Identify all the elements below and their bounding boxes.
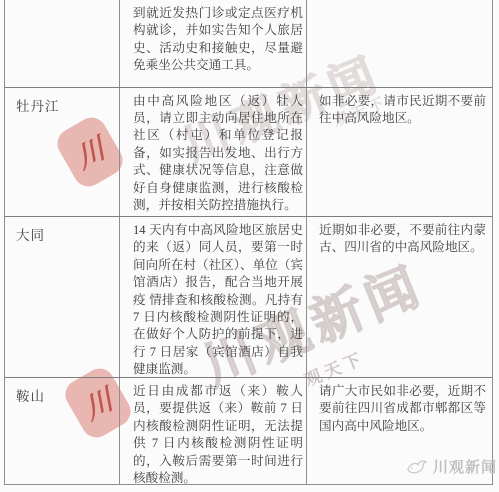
measures-cell: 由中高风险地区（返）牡人员，请立即主动向居住地所在社区（村屯）和单位登记报备，如… bbox=[120, 88, 307, 216]
advice-cell bbox=[307, 0, 492, 87]
city-cell: 牡丹江 bbox=[5, 88, 120, 216]
footer-brand-label: 川观新闻 bbox=[433, 456, 497, 477]
measures-cell: 14 天内有中高风险地区旅居史的来（返）同人员，要第一时间向所在村（社区）、单位… bbox=[120, 217, 307, 377]
city-cell bbox=[5, 0, 120, 87]
city-cell: 大同 bbox=[5, 217, 120, 377]
table-row-mudanjiang: 牡丹江 由中高风险地区（返）牡人员，请立即主动向居住地所在社区（村屯）和单位登记… bbox=[5, 87, 492, 216]
city-risk-notice-table: 到就近发热门诊或定点医疗机构就诊，并如实告知个人旅居史、活动史和接触史，尽量避免… bbox=[4, 0, 493, 485]
measures-cell: 到就近发热门诊或定点医疗机构就诊，并如实告知个人旅居史、活动史和接触史，尽量避免… bbox=[120, 0, 307, 87]
measures-cell: 近日由成都市返（来）鞍人员，要提供返（来）鞍前 7 日内核酸检测阴性证明，无法提… bbox=[120, 378, 307, 484]
city-cell: 鞍山 bbox=[5, 378, 120, 484]
bird-logo-icon bbox=[406, 458, 428, 475]
table-row-datong: 大同 14 天内有中高风险地区旅居史的来（返）同人员，要第一时间向所在村（社区）… bbox=[5, 216, 492, 377]
table-row-continuation: 到就近发热门诊或定点医疗机构就诊，并如实告知个人旅居史、活动史和接触史，尽量避免… bbox=[5, 0, 492, 87]
advice-cell: 近期如非必要，不要前往内蒙古、四川省的中高风险地区。 bbox=[307, 217, 492, 377]
footer-brand: 川观新闻 bbox=[406, 456, 497, 477]
advice-cell: 如非必要，请市民近期不要前往中高风险地区。 bbox=[307, 88, 492, 216]
